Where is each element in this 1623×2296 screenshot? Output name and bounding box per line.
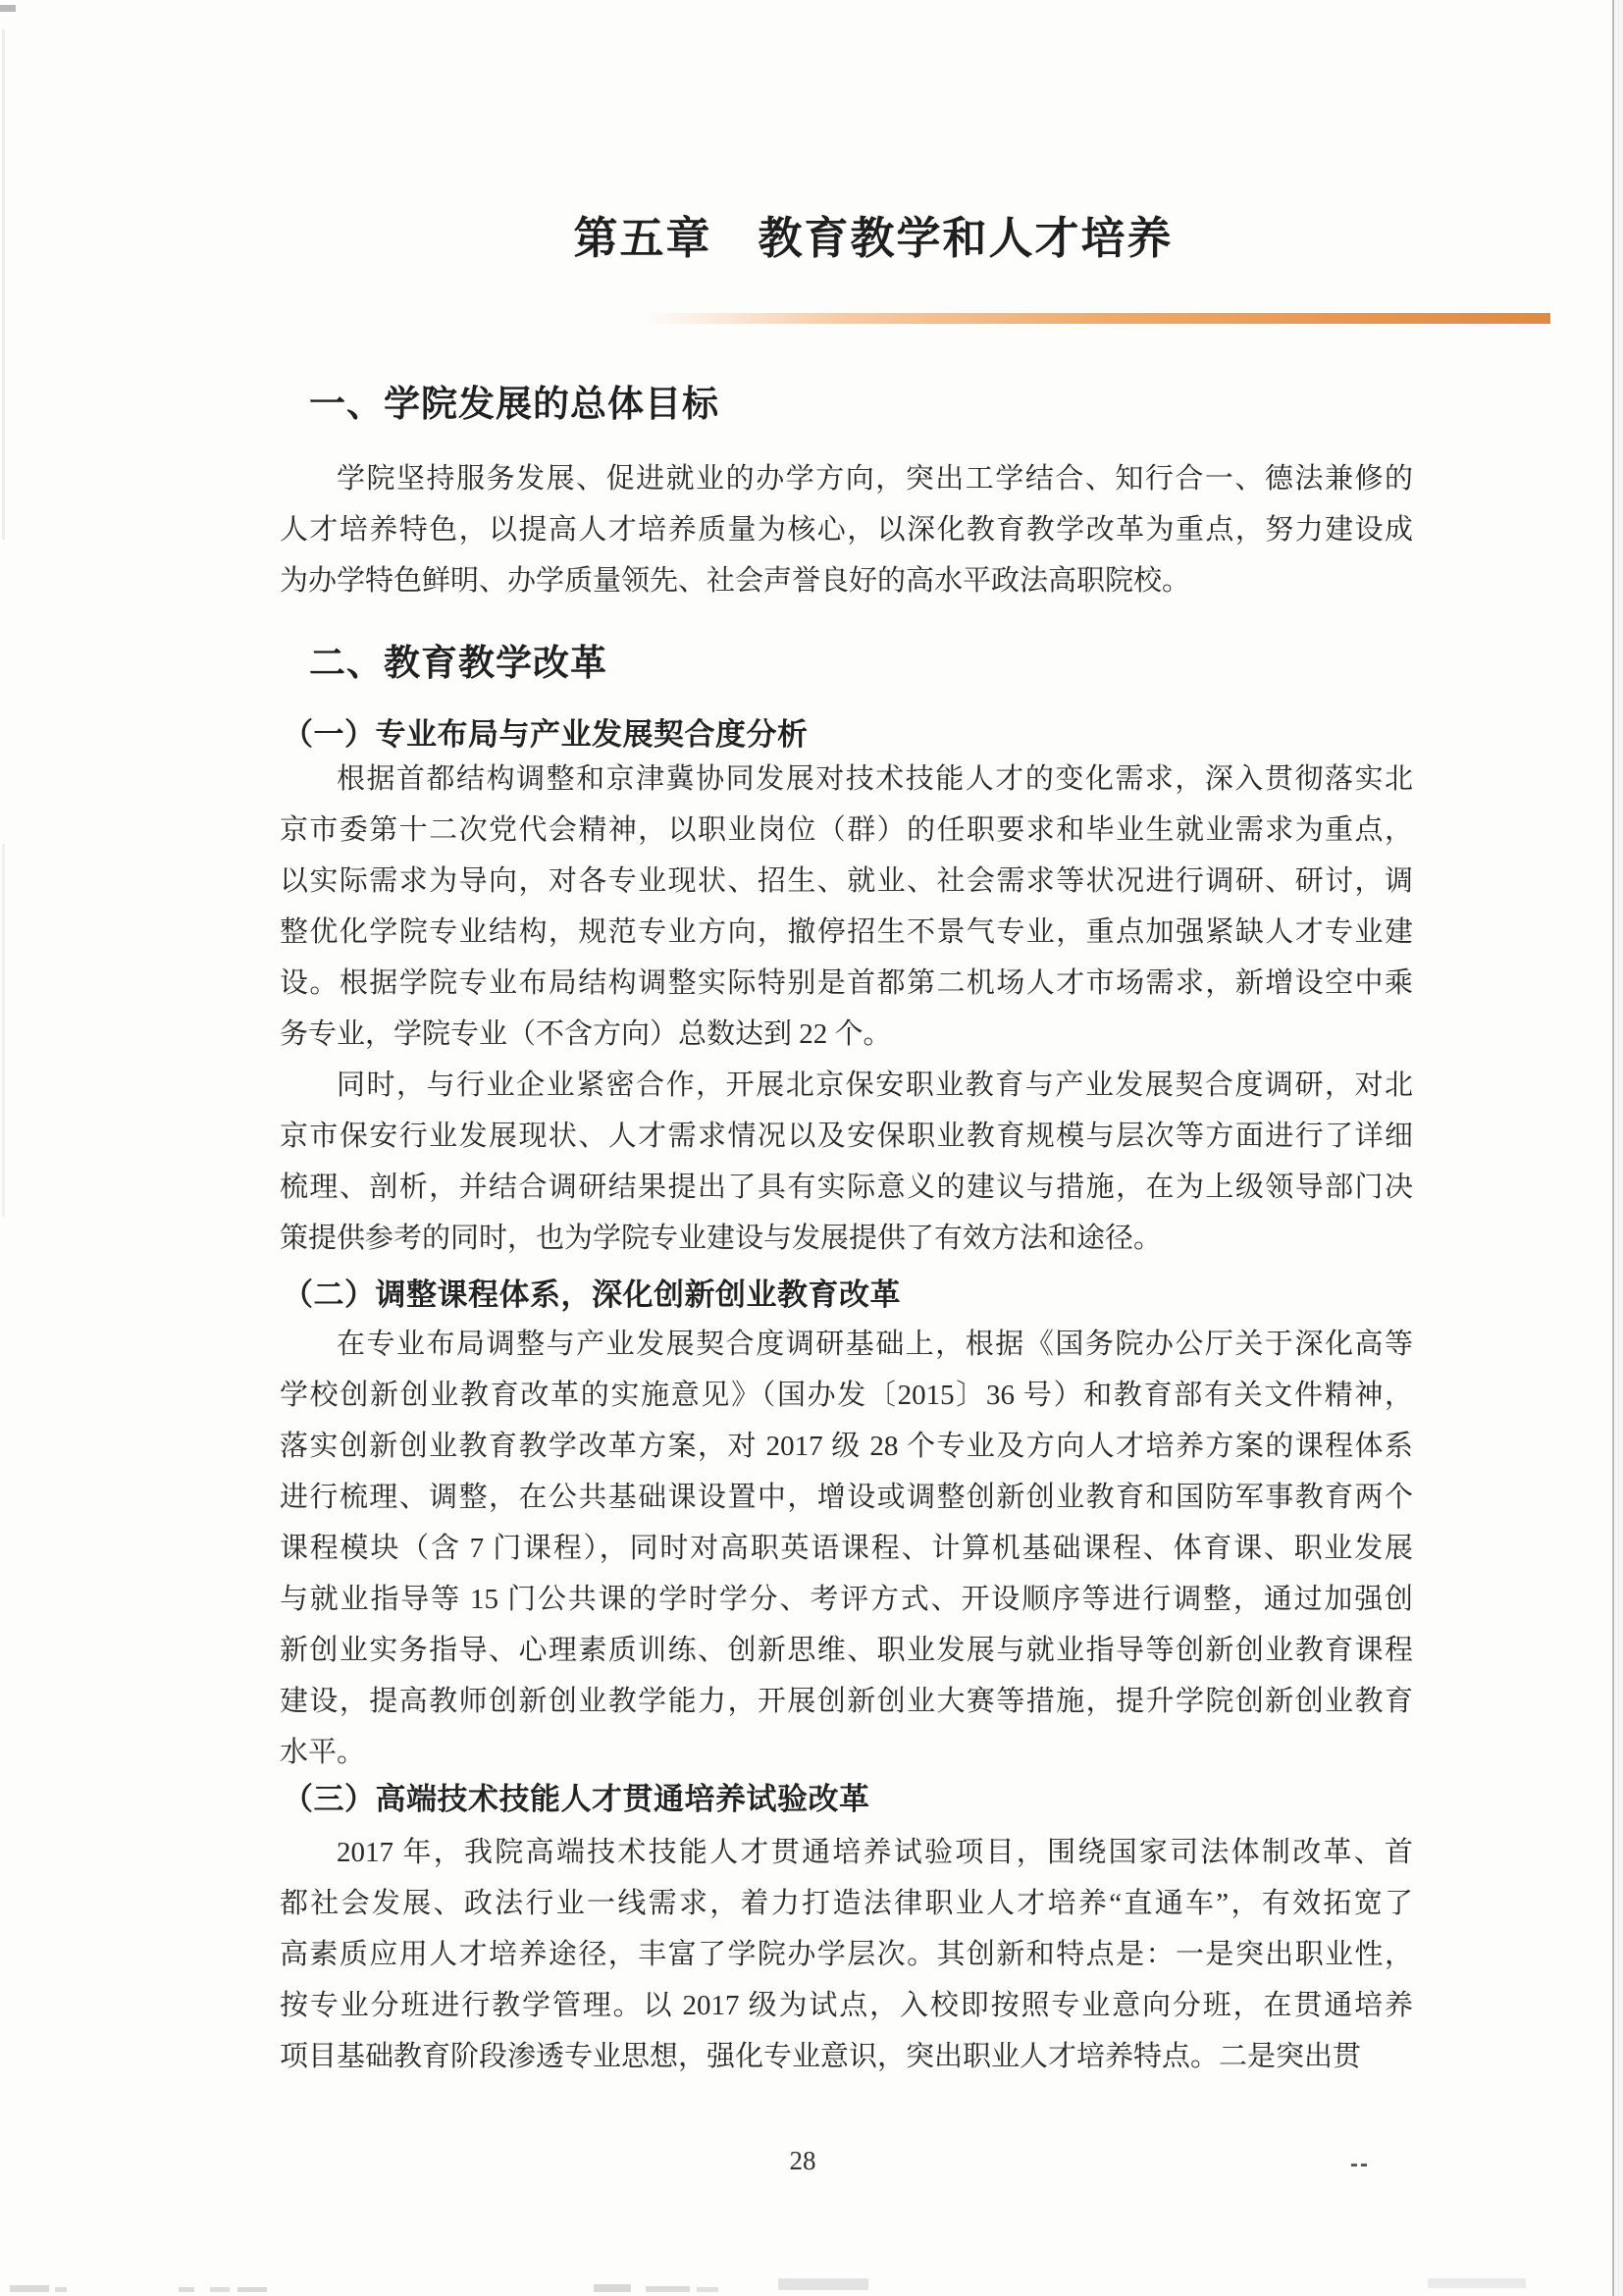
text-line: 建设，提高教师创新创业教学能力，开展创新创业大赛等措施，提升学院创新创业教育 xyxy=(280,1676,1413,1727)
text-line: 落实创新创业教育教学改革方案，对 2017 级 28 个专业及方向人才培养方案的… xyxy=(280,1421,1413,1472)
text-line: 高素质应用人才培养途径，丰富了学院办学层次。其创新和特点是：一是突出职业性， xyxy=(280,1929,1413,1980)
text-line: 以实际需求为导向，对各专业现状、招生、就业、社会需求等状况进行调研、研讨，调 xyxy=(280,856,1413,907)
scan-artifact xyxy=(2,844,5,1217)
scan-artifact xyxy=(0,5,16,12)
text-line: 水平。 xyxy=(280,1727,1413,1778)
text-line: 都社会发展、政法行业一线需求，着力打造法律职业人才培养“直通车”，有效拓宽了 xyxy=(280,1878,1413,1929)
subsection-heading-3: （三）高端技术技能人才贯通培养试验改革 xyxy=(283,1778,1411,1821)
text-line: 2017 年，我院高端技术技能人才贯通培养试验项目，围绕国家司法体制改革、首 xyxy=(280,1827,1413,1878)
subsection-heading-2: （二）调整课程体系，深化创新创业教育改革 xyxy=(283,1274,1411,1317)
paragraph-4: 在专业布局调整与产业发展契合度调研基础上，根据《国务院办公厅关于深化高等学校创新… xyxy=(280,1319,1413,1778)
text-line: 设。根据学院专业布局结构调整实际特别是首都第二机场人才市场需求，新增设空中乘 xyxy=(280,958,1413,1009)
scan-artifact xyxy=(237,2287,267,2292)
text-line: 人才培养特色，以提高人才培养质量为核心，以深化教育教学改革为重点，努力建设成 xyxy=(280,504,1413,555)
scan-artifact xyxy=(697,2287,718,2292)
scan-artifact xyxy=(10,2285,49,2292)
text-line: 按专业分班进行教学管理。以 2017 级为试点，入校即按照专业意向分班，在贯通培… xyxy=(280,1980,1413,2031)
scan-artifact xyxy=(210,2287,230,2292)
scan-artifact xyxy=(55,2287,67,2292)
scan-artifact xyxy=(594,2284,631,2292)
paragraph-2: 根据首都结构调整和京津冀协同发展对技术技能人才的变化需求，深入贯彻落实北京市委第… xyxy=(280,754,1413,1060)
subsection-heading-1: （一）专业布局与产业发展契合度分析 xyxy=(283,713,1411,757)
text-line: 务专业，学院专业（不含方向）总数达到 22 个。 xyxy=(280,1009,1413,1060)
chapter-title: 第五章 教育教学和人才培养 xyxy=(280,210,1413,267)
text-line: 策提供参考的同时，也为学院专业建设与发展提供了有效方法和途径。 xyxy=(280,1213,1413,1264)
section-heading-2: 二、教育教学改革 xyxy=(309,640,1408,687)
paragraph-5: 2017 年，我院高端技术技能人才贯通培养试验项目，围绕国家司法体制改革、首都社… xyxy=(280,1827,1413,2082)
text-line: 课程模块（含 7 门课程），同时对高职英语课程、计算机基础课程、体育课、职业发展 xyxy=(280,1523,1413,1574)
text-line: 学院坚持服务发展、促进就业的办学方向，突出工学结合、知行合一、德法兼修的 xyxy=(280,453,1413,504)
section-heading-1: 一、学院发展的总体目标 xyxy=(309,381,1408,428)
text-line: 京市保安行业发展现状、人才需求情况以及安保职业教育规模与层次等方面进行了详细 xyxy=(280,1111,1413,1162)
text-line: 京市委第十二次党代会精神，以职业岗位（群）的任职要求和毕业生就业需求为重点， xyxy=(280,805,1413,856)
footer-dashes: -- xyxy=(1350,2151,1370,2178)
paragraph-3: 同时，与行业企业紧密合作，开展北京保安职业教育与产业发展契合度调研，对北京市保安… xyxy=(280,1060,1413,1264)
text-line: 根据首都结构调整和京津冀协同发展对技术技能人才的变化需求，深入贯彻落实北 xyxy=(280,754,1413,805)
scan-artifact xyxy=(778,2278,868,2290)
scan-artifact xyxy=(646,2286,690,2292)
title-accent-rule xyxy=(643,313,1550,324)
scan-artifact xyxy=(2,29,5,540)
text-line: 项目基础教育阶段渗透专业思想，强化专业意识，突出职业人才培养特点。二是突出贯 xyxy=(280,2031,1413,2082)
text-line: 新创业实务指导、心理素质训练、创新思维、职业发展与就业指导等创新创业教育课程 xyxy=(280,1625,1413,1676)
text-line: 与就业指导等 15 门公共课的学时学分、考评方式、开设顺序等进行调整，通过加强创 xyxy=(280,1574,1413,1625)
scan-artifact xyxy=(1428,2278,1526,2288)
scan-artifact xyxy=(179,2287,194,2292)
paragraph-1: 学院坚持服务发展、促进就业的办学方向，突出工学结合、知行合一、德法兼修的人才培养… xyxy=(280,453,1413,606)
scan-edge-shading xyxy=(1614,0,1623,2296)
text-line: 整优化学院专业结构，规范专业方向，撤停招生不景气专业，重点加强紧缺人才专业建 xyxy=(280,907,1413,958)
text-line: 为办学特色鲜明、办学质量领先、社会声誉良好的高水平政法高职院校。 xyxy=(280,555,1413,606)
text-line: 同时，与行业企业紧密合作，开展北京保安职业教育与产业发展契合度调研，对北 xyxy=(280,1060,1413,1111)
document-page: 第五章 教育教学和人才培养 一、学院发展的总体目标 学院坚持服务发展、促进就业的… xyxy=(0,0,1623,2296)
text-line: 进行梳理、调整，在公共基础课设置中，增设或调整创新创业教育和国防军事教育两个 xyxy=(280,1472,1413,1523)
text-line: 学校创新创业教育改革的实施意见》（国办发〔2015〕36 号）和教育部有关文件精… xyxy=(280,1370,1413,1421)
page-number: 28 xyxy=(775,2145,830,2176)
text-line: 梳理、剖析，并结合调研结果提出了具有实际意义的建议与措施，在为上级领导部门决 xyxy=(280,1162,1413,1213)
text-line: 在专业布局调整与产业发展契合度调研基础上，根据《国务院办公厅关于深化高等 xyxy=(280,1319,1413,1370)
